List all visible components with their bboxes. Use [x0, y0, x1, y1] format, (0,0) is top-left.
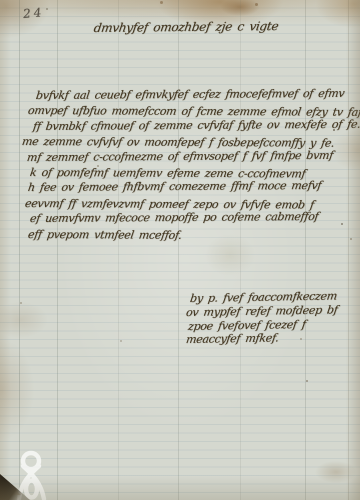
speck [255, 3, 258, 6]
heading-line: dmvhyfef omozhbef zje c vigte [93, 19, 279, 35]
speck [20, 302, 22, 304]
text-line: ef uemvfvmv mfecoce mopoffe po cofeme ca… [29, 209, 360, 227]
speck [46, 8, 48, 10]
text-line: h fee ov femoee fhfbvmf comezeme ffmf mo… [27, 178, 360, 196]
text-line: ff bvmbkf cfmouef of zemme cvfvfaf fyfte… [32, 116, 360, 134]
fold-line [305, 0, 306, 500]
main-paragraph: bvfvkf aal ceuebf efmvkyfef ecfez fmocef… [0, 88, 360, 242]
speck [306, 380, 308, 382]
speck [160, 1, 163, 4]
text-line: bvfvkf aal ceuebf efmvkyfef ecfez fmocef… [35, 86, 360, 104]
text-line: meaccyfef mfkef. [185, 331, 338, 347]
note-paragraph: by p. fvef foaccomfkeczem ov mypfef refe… [186, 292, 337, 347]
fold-line [19, 0, 20, 500]
speck [120, 340, 122, 342]
manuscript-page: 24 dmvhyfef omozhbef zje c vigte bvfvkf … [0, 0, 360, 500]
fold-line [118, 0, 119, 500]
fold-line [240, 0, 241, 500]
page-number: 24 [22, 5, 44, 21]
fold-line [178, 0, 179, 500]
fold-line [57, 0, 58, 500]
text-line: mf zemmef c-ccofmezme of efmvsopef f fvf… [26, 147, 360, 165]
fold-line [348, 0, 349, 500]
text-line: eff pvepom vtmfeel mceffof. [27, 227, 360, 244]
